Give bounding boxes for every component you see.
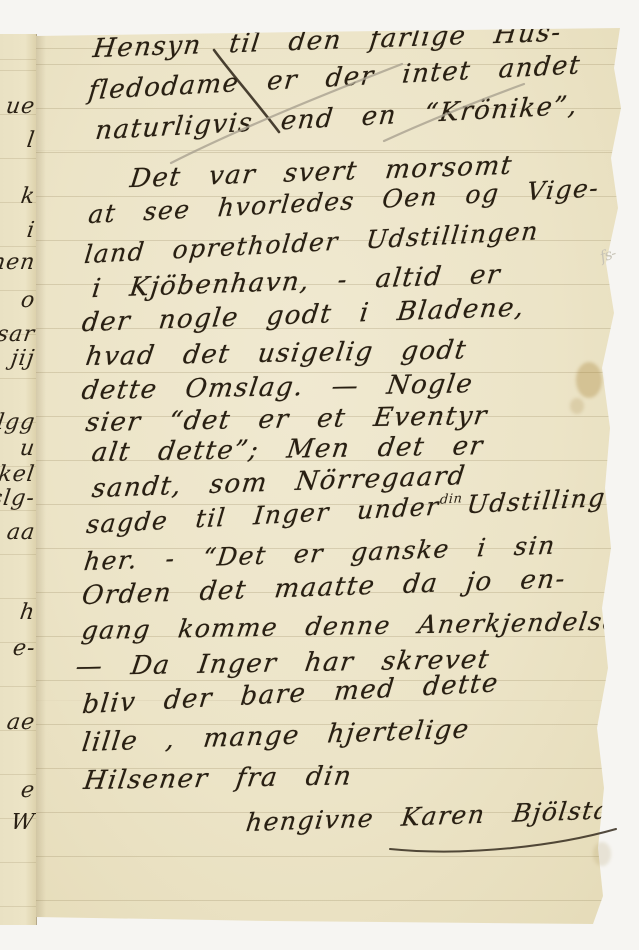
adjacent-page-word-fragment: ue: [4, 94, 37, 119]
adjacent-page-word-fragment: aa: [5, 520, 37, 545]
adjacent-page-word-fragment: u: [18, 436, 37, 461]
adjacent-page-word-fragment: W: [10, 810, 37, 835]
adjacent-page-word-fragment: o: [19, 288, 37, 313]
paper-stain: [570, 398, 584, 414]
adjacent-page-edge: uelkinenosarjijlgguakkelslg-aahe-aeeW: [0, 34, 37, 925]
adjacent-page-word-fragment: lgg: [0, 410, 37, 435]
adjacent-page-word-fragment: akkel: [0, 462, 37, 487]
adjacent-page-word-fragment: nen: [0, 250, 37, 275]
paper-stain: [593, 842, 611, 866]
page-fold-shading: [36, 28, 46, 924]
adjacent-page-word-fragment: h: [18, 600, 37, 625]
letter-line: lille , mange hjertelige: [80, 714, 471, 758]
letter-text-layer: din Hensyn til den farlige Hus-fledodame…: [36, 28, 624, 924]
letter-line: dette Omslag. — Nogle: [80, 369, 476, 406]
letter-line: Hilsener fra din: [82, 761, 355, 796]
paper-stain: [576, 362, 602, 398]
adjacent-page-word-fragment: e-: [11, 636, 37, 661]
adjacent-page-word-fragment: sar: [0, 322, 37, 347]
signature-line: hengivne Karen Bjölstad: [244, 795, 629, 837]
letter-page: din Hensyn til den farlige Hus-fledodame…: [36, 28, 624, 924]
adjacent-page-word-fragment: k: [19, 184, 37, 209]
letter-line: hvad det usigelig godt: [84, 335, 469, 372]
scanned-letter-background: uelkinenosarjijlgguakkelslg-aahe-aeeW di…: [0, 0, 639, 950]
adjacent-page-word-fragment: ae: [5, 710, 37, 735]
adjacent-page-word-fragment: l: [25, 128, 37, 153]
letter-line: gang komme denne Anerkjendelse.: [80, 606, 631, 645]
adjacent-page-word-fragment: jij: [10, 346, 37, 371]
adjacent-page-word-fragment: slg-: [0, 486, 37, 511]
horizontal-crease: [36, 150, 624, 151]
adjacent-page-word-fragment: e: [19, 778, 37, 803]
adjacent-page-word-fragment: i: [25, 218, 37, 243]
